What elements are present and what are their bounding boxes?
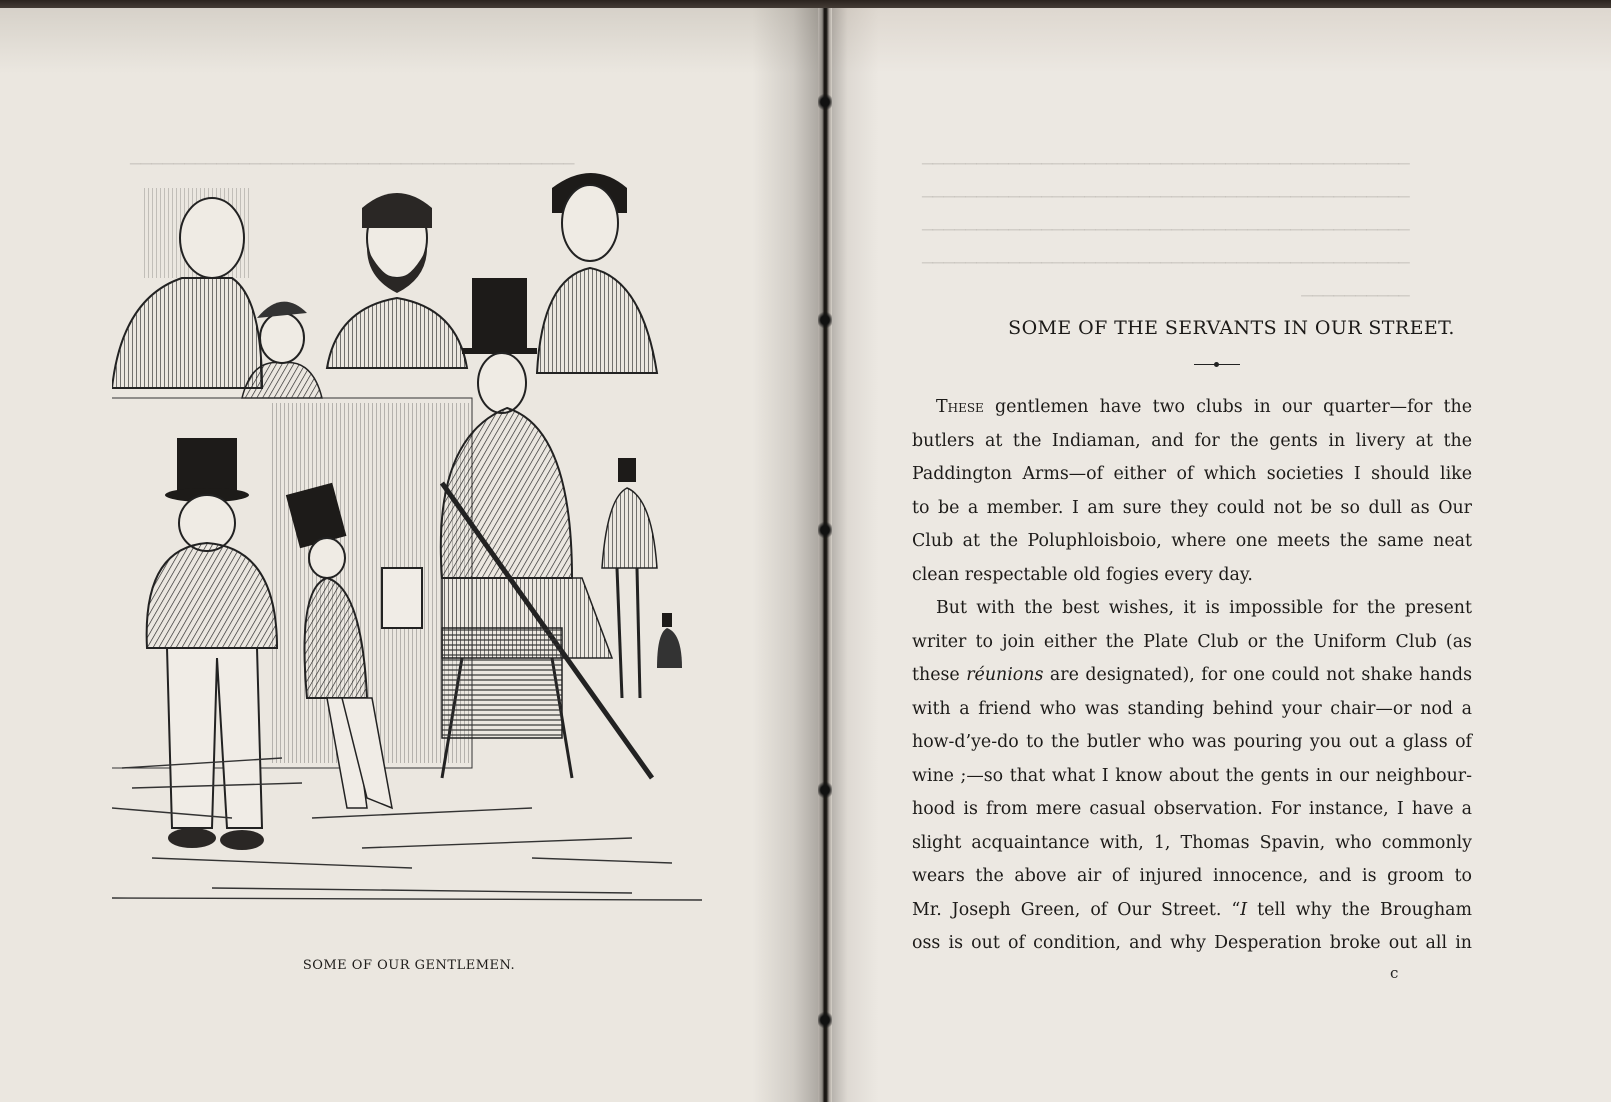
text-line: Mr. Joseph Green, of Our Street. “I tell… [912, 894, 1472, 928]
chapter-title: SOME OF THE SERVANTS IN OUR STREET. [832, 317, 1611, 339]
text-line: how-d’ye-do to the butler who was pourin… [912, 726, 1472, 760]
text-line: with a friend who was standing behind yo… [912, 693, 1472, 727]
text-line: oss is out of condition, and why Despera… [912, 927, 1472, 961]
binding-stitch-icon [818, 310, 832, 330]
binding-stitch-icon [818, 1010, 832, 1030]
servants-engraving-icon [112, 158, 702, 918]
text-line: Club at the Poluphloisboio, where one me… [912, 525, 1472, 559]
text-line: these réunions are designated), for one … [912, 659, 1472, 693]
text-line: wears the above air of injured innocence… [912, 860, 1472, 894]
illustration-engraving [112, 158, 702, 918]
book-spine-gutter [818, 8, 832, 1102]
body-text: These gentlemen have two clubs in our qu… [912, 391, 1472, 961]
text-line: Paddington Arms—of either of which socie… [912, 458, 1472, 492]
text-line: But with the best wishes, it is impossib… [912, 592, 1472, 626]
text-line: slight acquaintance with, 1, Thomas Spav… [912, 827, 1472, 861]
text-line: wine ;—so that what I know about the gen… [912, 760, 1472, 794]
left-page: ────────────────────────────────────────… [0, 8, 818, 1102]
text-line: clean respectable old fogies every day. [912, 559, 1472, 593]
right-page: ────────────────────────────────────────… [832, 8, 1611, 1102]
text-line: writer to join either the Plate Club or … [912, 626, 1472, 660]
binding-stitch-icon [818, 92, 832, 112]
text-line: hood is from mere casual observation. Fo… [912, 793, 1472, 827]
illustration-caption: SOME OF OUR GENTLEMEN. [0, 958, 818, 973]
signature-mark: c [1390, 964, 1398, 982]
bleed-through-text: ────────────────────────────────────────… [922, 148, 1410, 313]
text-line: to be a member. I am sure they could not… [912, 492, 1472, 526]
book-spread: ────────────────────────────────────────… [0, 0, 1611, 1102]
ornament-rule-icon [1194, 364, 1240, 365]
binding-stitch-icon [818, 780, 832, 800]
binding-stitch-icon [818, 520, 832, 540]
text-line: These gentlemen have two clubs in our qu… [912, 391, 1472, 425]
text-line: butlers at the Indiaman, and for the gen… [912, 425, 1472, 459]
